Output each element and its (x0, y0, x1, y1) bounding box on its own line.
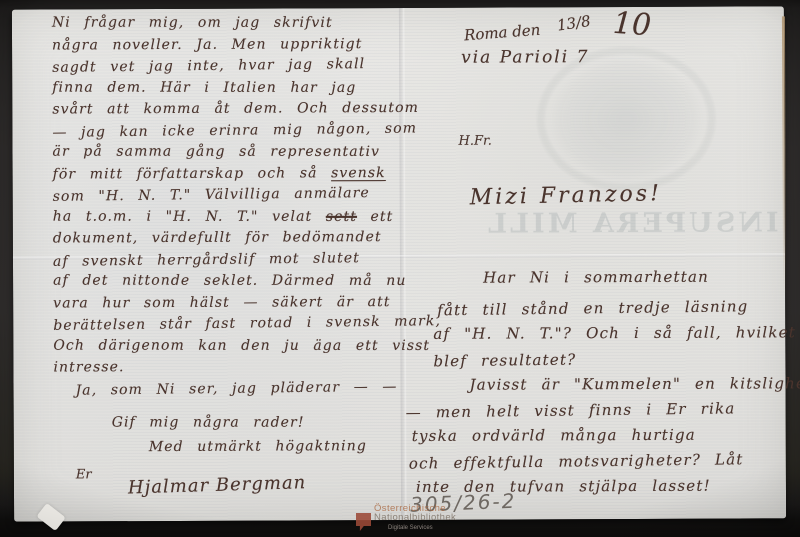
handwriting-line: tyska ordvärld många hurtiga (412, 422, 786, 449)
paper-chip (36, 503, 65, 531)
line-text: ha t.o.m. i "H. N. T." velat (53, 208, 326, 224)
handwriting-line: intresse. (53, 356, 405, 379)
handwriting-line: Har Ni i sommarhettan (483, 264, 785, 291)
handwriting-line: Ni frågar mig, om jag skrifvit (52, 13, 404, 35)
line-text: ett (357, 208, 393, 224)
underlined-word: svensk (331, 165, 386, 181)
handwriting-line-underlined-word: för mitt författarskap och så svensk (53, 162, 405, 185)
handwriting-line-struck-word: ha t.o.m. i "H. N. T." velat sett ett (53, 206, 405, 228)
handwriting-line: vara hur som hälst — säkert är att (53, 291, 405, 314)
struck-word: sett (326, 208, 357, 224)
handwriting-line: dokument, värdefullt för bedömandet (53, 227, 405, 250)
handwriting-line: som "H. N. T." Välvilliga anmälare (53, 183, 405, 209)
crest-ring (537, 46, 716, 191)
handwriting-line: af svenskt herrgårdslif mot slutet (53, 247, 405, 273)
archival-annotation: H.Fr. (458, 134, 491, 149)
right-page-text: Har Ni i sommarhettan fått till stånd en… (405, 264, 786, 500)
closing-plea-line: Gif mig några rader! (112, 412, 406, 434)
handwriting-line: finna dem. Här i Italien har jag (52, 77, 404, 99)
handwriting-line: och effektfulla motsvarigheter? Låt (409, 446, 786, 476)
handwriting-line: fått till stånd en tredje läsning (437, 293, 785, 323)
sender-address: via Parioli 7 (461, 47, 589, 68)
line-text: för mitt författarskap och så (53, 165, 332, 182)
handwriting-line: — jag kan icke erinra mig någon, som (52, 118, 404, 144)
handwriting-line: af det nittonde seklet. Därmed må nu (53, 271, 405, 293)
paper-watermark-text: INSUPERA MILL (471, 207, 793, 239)
handwriting-line: några noveller. Ja. Men uppriktigt (52, 33, 404, 56)
salutation: Mizi Franzos! (469, 181, 662, 210)
handwriting-line: Javisst är "Kummelen" en kitslighet (469, 371, 785, 398)
library-services-label: Digitale Services (388, 525, 433, 531)
handwriting-line: är på samma gång så representativ (53, 142, 405, 164)
handwriting-line: svårt att komma åt dem. Och dessutom (52, 98, 404, 121)
letter-sheet: INSUPERA MILL Ni frågar mig, om jag skri… (12, 6, 786, 521)
handwriting-line: blef resultatet? (433, 344, 785, 374)
dateline-date: 13/8 (556, 12, 592, 35)
handwriting-line: — men helt visst finns i Er rika (405, 395, 785, 425)
closing-salute-line: Med utmärkt högaktning (149, 435, 406, 458)
letter-scan: INSUPERA MILL Ni frågar mig, om jag skri… (0, 0, 800, 537)
left-page-text: Ni frågar mig, om jag skrifvit några nov… (52, 12, 406, 459)
handwriting-line: berättelsen står fast rotad i svensk mar… (53, 312, 405, 338)
onb-logo-icon (356, 513, 371, 531)
signature-prefix: Er (76, 467, 92, 482)
signature: Hjalmar Bergman (128, 472, 307, 498)
handwriting-line: Ja, som Ni ser, jag pläderar — — (75, 376, 405, 402)
dateline-year: 10 (612, 6, 652, 43)
handwriting-line: Och därigenom kan den ju äga ett visst (53, 335, 405, 357)
library-name-line2: Nationalbibliothek (374, 512, 456, 523)
handwriting-line: af "H. N. T."? Och i så fall, hvilket (433, 320, 785, 347)
handwriting-line: sagdt vet jag inte, hvar jag skall (52, 54, 404, 80)
